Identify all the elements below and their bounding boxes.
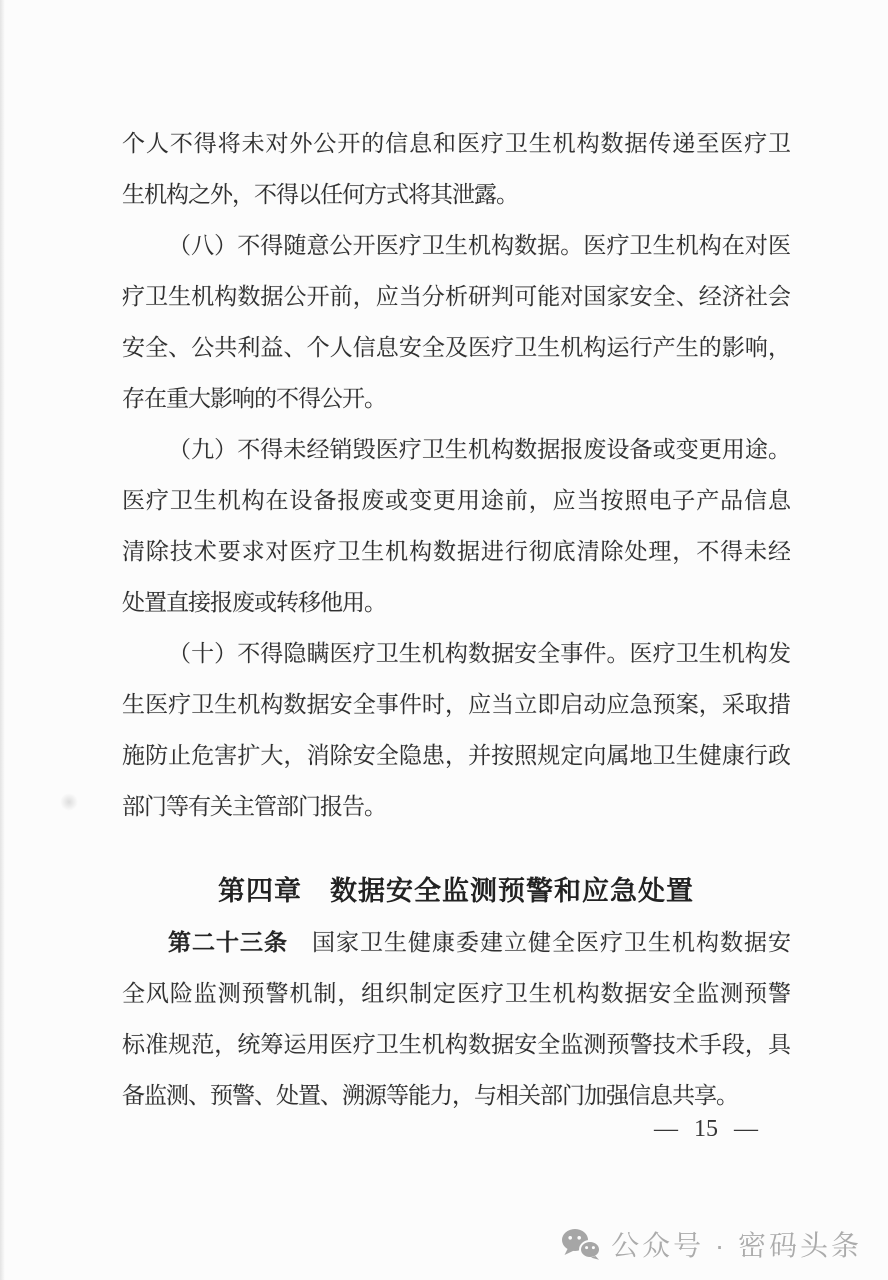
body-line: 生医疗卫生机构数据安全事件时，应当立即启动应急预案，采取措 bbox=[122, 679, 790, 730]
article-number: 第二十三条 bbox=[168, 929, 288, 955]
body-line: 生机构之外，不得以任何方式将其泄露。 bbox=[122, 169, 790, 220]
document-body: 个人不得将未对外公开的信息和医疗卫生机构数据传递至医疗卫 生机构之外，不得以任何… bbox=[122, 118, 790, 1121]
wechat-icon bbox=[561, 1228, 601, 1260]
body-line: 存在重大影响的不得公开。 bbox=[122, 373, 790, 424]
body-line: （八）不得随意公开医疗卫生机构数据。医疗卫生机构在对医 bbox=[122, 220, 790, 271]
body-line: 施防止危害扩大，消除安全隐患，并按照规定向属地卫生健康行政 bbox=[122, 730, 790, 781]
page-number: — 15 — bbox=[654, 1112, 758, 1146]
watermark: 公众号 · 密码头条 bbox=[561, 1224, 862, 1264]
chapter-heading: 第四章 数据安全监测预警和应急处置 bbox=[122, 866, 790, 917]
article-first-line-text: 国家卫生健康委建立健全医疗卫生机构数据安 bbox=[288, 930, 790, 955]
document-page: 个人不得将未对外公开的信息和医疗卫生机构数据传递至医疗卫 生机构之外，不得以任何… bbox=[0, 0, 888, 1280]
body-line: 处置直接报废或转移他用。 bbox=[122, 577, 790, 628]
article-line: 全风险监测预警机制，组织制定医疗卫生机构数据安全监测预警 bbox=[122, 968, 790, 1019]
body-line: 清除技术要求对医疗卫生机构数据进行彻底清除处理，不得未经 bbox=[122, 526, 790, 577]
article-first-line: 第二十三条 国家卫生健康委建立健全医疗卫生机构数据安 bbox=[122, 917, 790, 968]
article-line: 标准规范，统筹运用医疗卫生机构数据安全监测预警技术手段，具 bbox=[122, 1019, 790, 1070]
body-line: （九）不得未经销毁医疗卫生机构数据报废设备或变更用途。 bbox=[122, 424, 790, 475]
scan-edge-artifact bbox=[0, 0, 5, 1280]
body-line: 部门等有关主管部门报告。 bbox=[122, 781, 790, 832]
body-line: 安全、公共利益、个人信息安全及医疗卫生机构运行产生的影响， bbox=[122, 322, 790, 373]
scan-smudge bbox=[60, 793, 78, 811]
body-line: （十）不得隐瞒医疗卫生机构数据安全事件。医疗卫生机构发 bbox=[122, 628, 790, 679]
body-line: 疗卫生机构数据公开前，应当分析研判可能对国家安全、经济社会 bbox=[122, 271, 790, 322]
body-line: 个人不得将未对外公开的信息和医疗卫生机构数据传递至医疗卫 bbox=[122, 118, 790, 169]
body-line: 医疗卫生机构在设备报废或变更用途前，应当按照电子产品信息 bbox=[122, 475, 790, 526]
watermark-text: 公众号 · 密码头条 bbox=[611, 1224, 862, 1264]
